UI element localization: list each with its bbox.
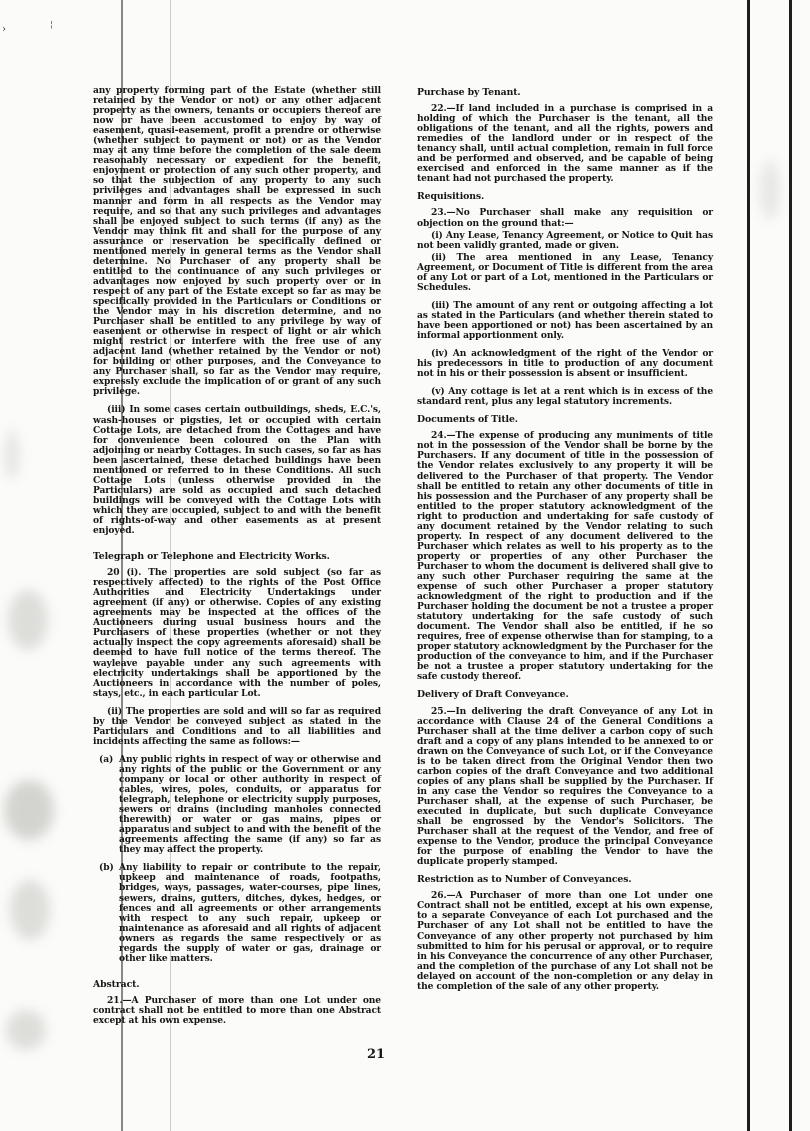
heading-requisitions: Requisitions.	[417, 192, 713, 202]
paragraph-20-ii: (ii) The properties are sold and will so…	[93, 707, 381, 747]
scan-smudge	[10, 880, 50, 940]
left-column: any property forming part of the Estate …	[93, 86, 381, 1034]
scan-mark: ¦	[50, 20, 53, 29]
heading-delivery-of-draft-conveyance: Delivery of Draft Conveyance.	[417, 690, 713, 700]
heading-abstract: Abstract.	[93, 980, 381, 990]
heading-documents-of-title: Documents of Title.	[417, 415, 713, 425]
list-item-text: Any public rights in respect of way or o…	[119, 755, 381, 855]
requisition-ii: (ii) The area mentioned in any Lease, Te…	[417, 253, 713, 293]
requisition-i: (i) Any Lease, Tenancy Agreement, or Not…	[417, 231, 713, 251]
list-item-text: Any liability to repair or contribute to…	[119, 863, 381, 963]
paragraph-22: 22.—If land included in a purchase is co…	[417, 104, 713, 184]
scan-smudge	[6, 1010, 46, 1050]
list-item-b: (b) Any liability to repair or contribut…	[93, 863, 381, 963]
scan-smudge	[8, 590, 48, 650]
paragraph-21: 21.—A Purchaser of more than one Lot und…	[93, 996, 381, 1026]
list-marker: (a)	[93, 755, 119, 855]
scan-edge-line	[747, 0, 750, 1131]
heading-purchase-by-tenant: Purchase by Tenant.	[417, 88, 713, 98]
requisition-iii: (iii) The amount of any rent or outgoing…	[417, 301, 713, 341]
paragraph-continuation: any property forming part of the Estate …	[93, 86, 381, 397]
scan-mark: ›	[2, 24, 6, 35]
heading-restriction-conveyances: Restriction as to Number of Conveyances.	[417, 875, 713, 885]
paragraph-24: 24.—The expense of producing any munimen…	[417, 431, 713, 682]
scan-smudge	[5, 430, 19, 480]
scan-smudge	[4, 780, 54, 840]
paragraph-25: 25.—In delivering the draft Conveyance o…	[417, 707, 713, 868]
paragraph-23: 23.—No Purchaser shall make any requisit…	[417, 208, 713, 228]
scan-smudge	[760, 160, 780, 220]
list-marker: (b)	[93, 863, 119, 963]
requisition-v: (v) Any cottage is let at a rent which i…	[417, 387, 713, 407]
scanned-page: › ¦ any property forming part of the Est…	[0, 0, 810, 1131]
page-number: 21	[367, 1047, 385, 1062]
list-item-a: (a) Any public rights in respect of way …	[93, 755, 381, 855]
paragraph-20-i: 20 (i). The properties are sold subject …	[93, 568, 381, 699]
paragraph-19-iii: (iii) In some cases certain outbuildings…	[93, 405, 381, 536]
scan-edge-line	[789, 0, 792, 1131]
requisition-iv: (iv) An acknowledgment of the right of t…	[417, 349, 713, 379]
right-column: Purchase by Tenant. 22.—If land included…	[417, 88, 713, 1000]
heading-telegraph: Telegraph or Telephone and Electricity W…	[93, 552, 381, 562]
paragraph-26: 26.—A Purchaser of more than one Lot und…	[417, 891, 713, 991]
